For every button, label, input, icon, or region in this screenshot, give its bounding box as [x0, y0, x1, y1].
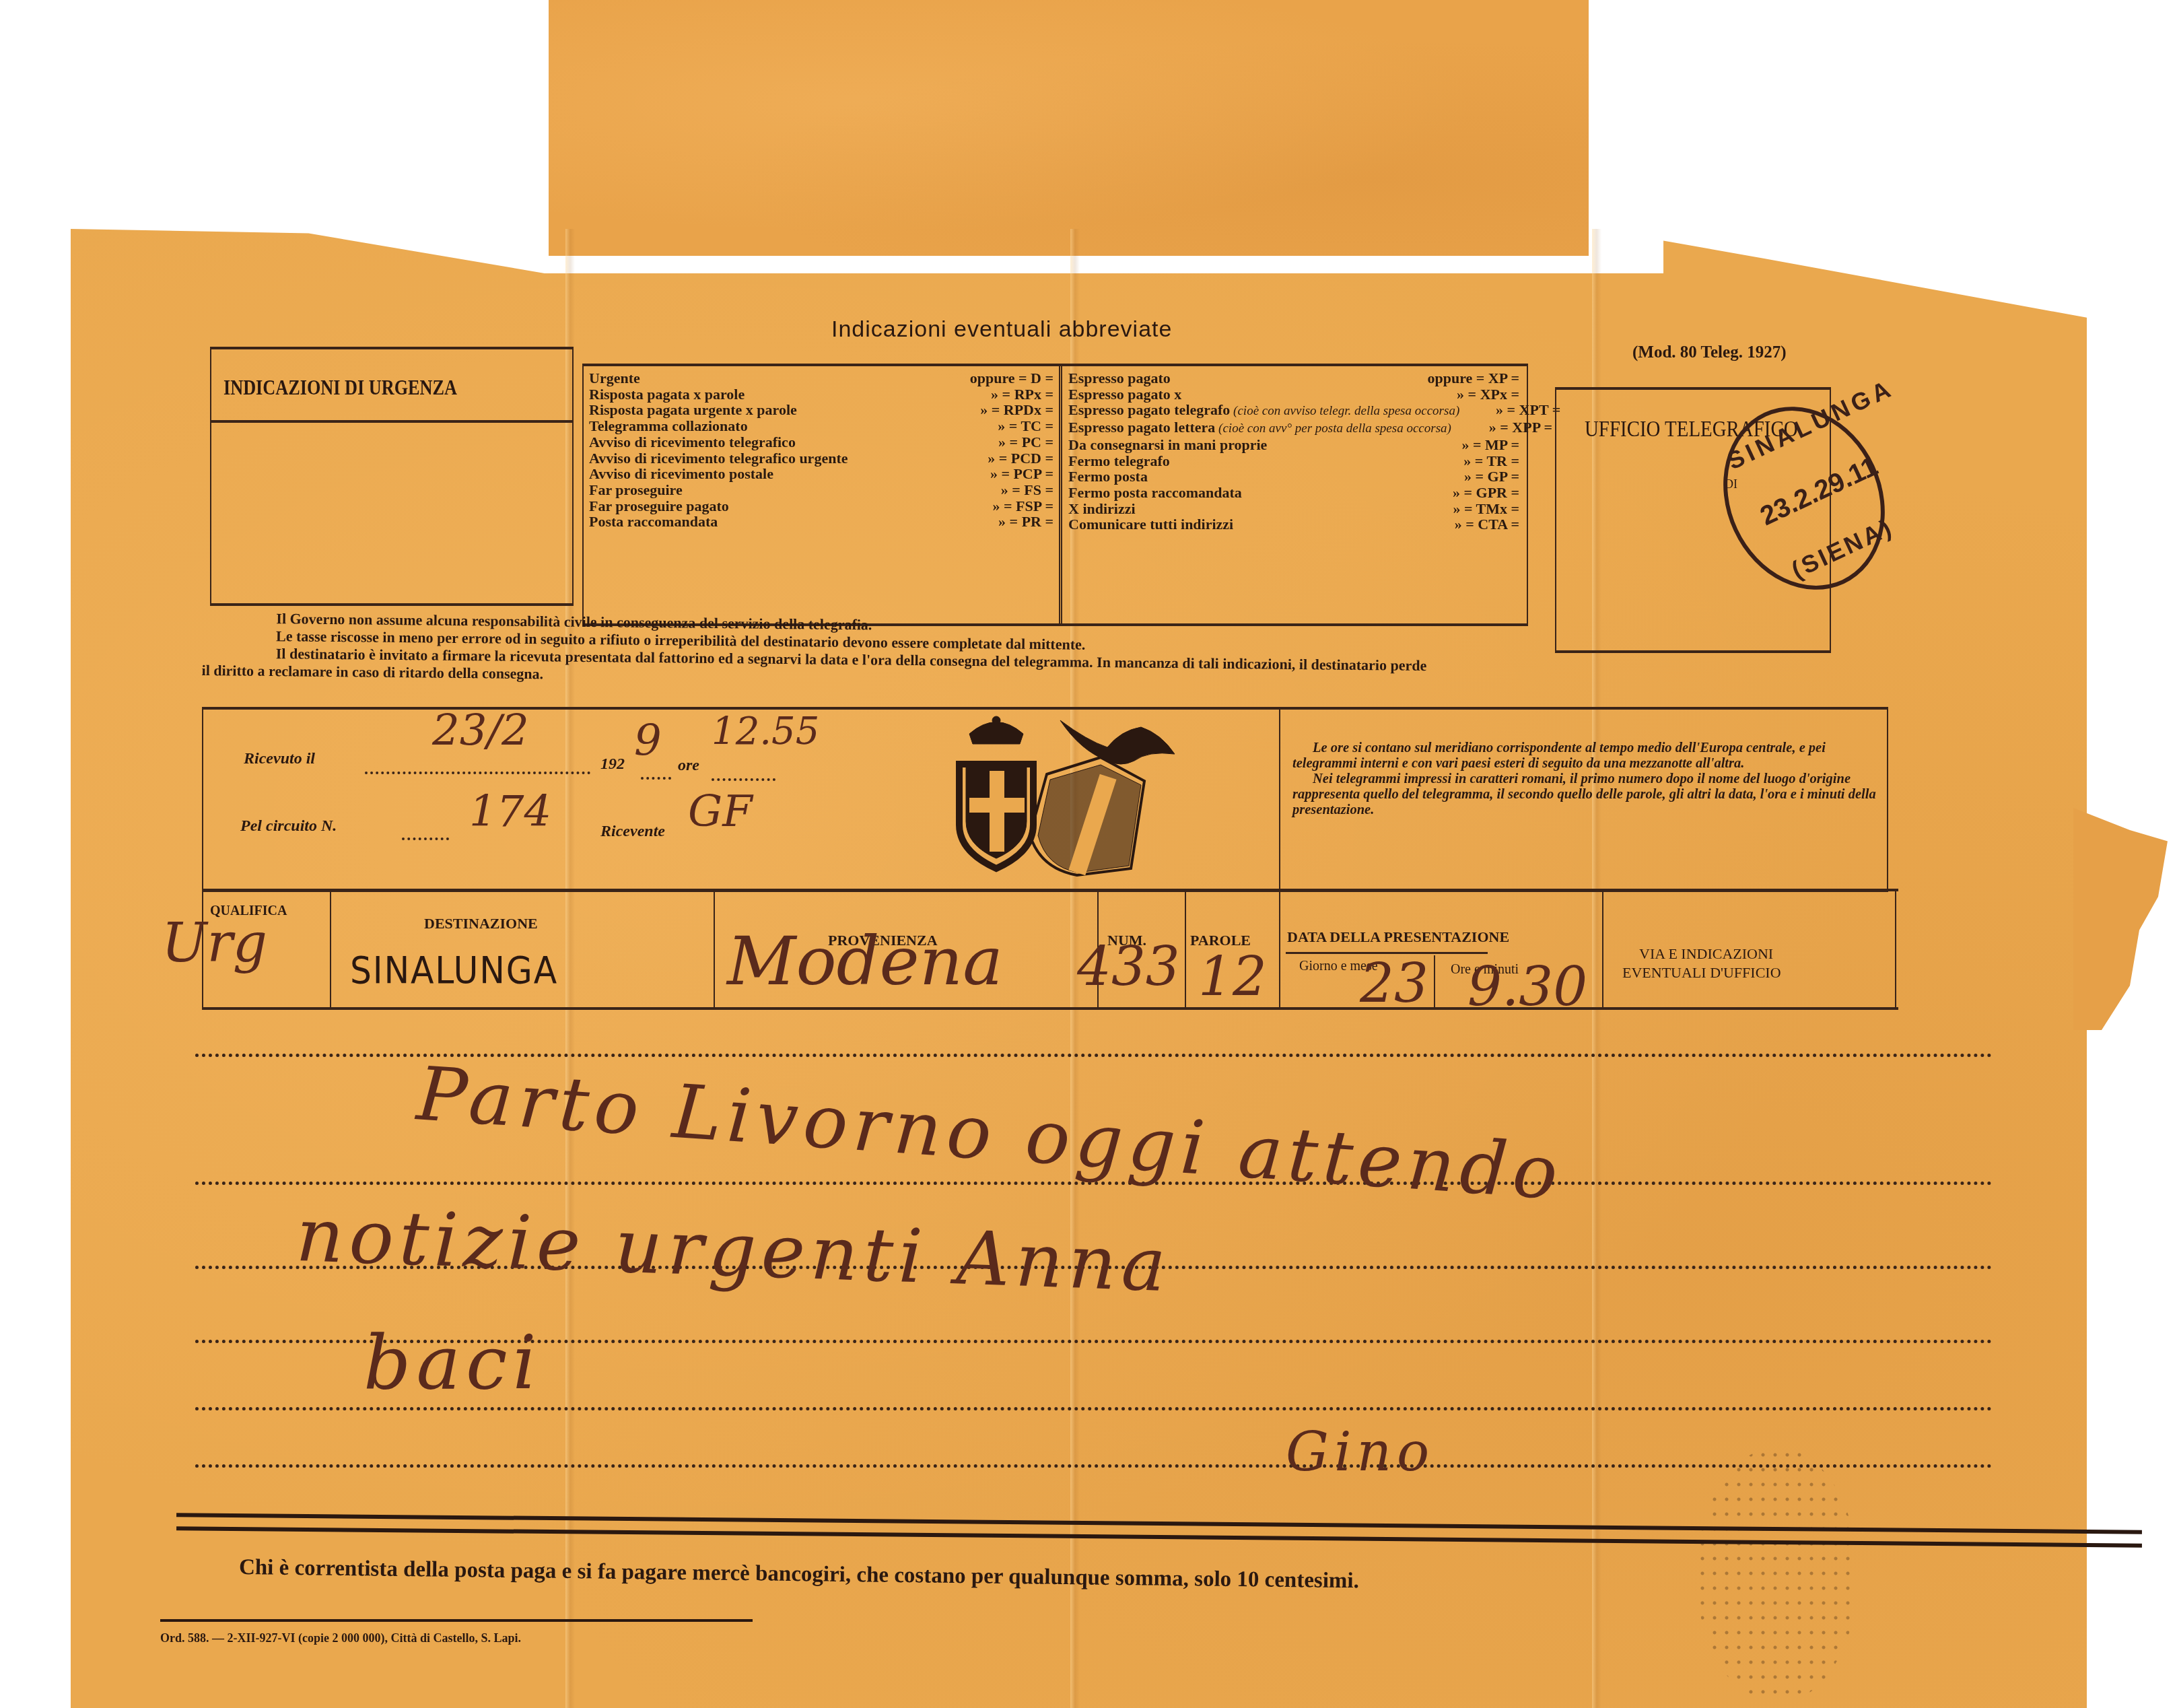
hour-label: ore: [678, 757, 699, 775]
abbreviation-row: Da consegnarsi in mani proprie» = MP =: [1068, 437, 1519, 453]
abbreviation-code: » = FSP =: [953, 498, 1053, 514]
abbreviation-column-left: Urgenteoppure = D =Risposta pagata x par…: [589, 370, 1053, 530]
abbreviation-code: oppure = XP =: [1418, 370, 1519, 386]
abbreviation-code: » = XPx =: [1418, 386, 1519, 403]
hours-note-paragraph: Nei telegrammi impressi in caratteri rom…: [1292, 772, 1878, 818]
abbreviation-code: » = TC =: [953, 418, 1053, 434]
abbreviation-row: Far proseguire pagato» = FSP =: [589, 498, 1053, 514]
year-value: 9: [634, 716, 662, 766]
via-label: VIA E INDICAZIONI: [1639, 945, 1773, 963]
divider: [1434, 955, 1435, 1007]
divider: [1602, 891, 1603, 1007]
abbreviation-row: Fermo telegrafo» = TR =: [1068, 453, 1519, 469]
destinazione-value: SINALUNGA: [350, 949, 558, 992]
coat-of-arms-emblem: [939, 707, 1188, 882]
abbreviation-row: Espresso pagatooppure = XP =: [1068, 370, 1519, 386]
abbreviation-code: » = GPR =: [1418, 485, 1519, 501]
abbreviation-row: Urgenteoppure = D =: [589, 370, 1053, 386]
telegram-header-row: QUALIFICA Urg DESTINAZIONE SINALUNGA PRO…: [202, 889, 1898, 1010]
envelope-top-flap: [549, 0, 1589, 256]
abbreviation-row: Fermo posta» = GP =: [1068, 469, 1519, 485]
faded-postmark: [1696, 1447, 1858, 1703]
abbreviation-label: X indirizzi: [1068, 501, 1136, 517]
circuit-value: 174: [469, 787, 551, 837]
provenienza-value: Modena: [727, 922, 1003, 1000]
divider: [1059, 366, 1062, 623]
abbreviation-row: Espresso pagato lettera (cioè con avv° p…: [1068, 419, 1519, 437]
abbreviation-label: Risposta pagata urgente x parole: [589, 402, 797, 418]
via-label-2: EVENTUALI D'UFFICIO: [1622, 964, 1781, 982]
parole-value: 12: [1198, 945, 1267, 1008]
abbreviation-code: » = PC =: [953, 434, 1053, 450]
abbreviation-label: Fermo posta: [1068, 469, 1148, 485]
torn-edge: [2073, 808, 2168, 1030]
abbreviation-code: » = MP =: [1418, 437, 1519, 453]
abbreviation-label: Fermo posta raccomandata: [1068, 485, 1242, 501]
abbreviation-row: Telegramma collazionato» = TC =: [589, 418, 1053, 434]
divider: [1279, 710, 1280, 889]
abbreviation-label: Avviso di ricevimento postale: [589, 466, 773, 482]
dotted-line: [365, 772, 590, 774]
abbreviation-label: Urgente: [589, 370, 640, 386]
divider: [1279, 891, 1280, 1007]
abbreviation-row: Avviso di ricevimento telegrafico urgent…: [589, 450, 1053, 467]
abbreviation-code: » = XPP =: [1451, 419, 1552, 437]
divider: [714, 891, 715, 1007]
dotted-line: [712, 778, 775, 781]
message-dotted-line: [195, 1407, 1993, 1410]
abbreviation-label: Avviso di ricevimento telegrafico urgent…: [589, 450, 848, 467]
abbreviation-code: oppure = D =: [953, 370, 1053, 386]
form-model-number: (Mod. 80 Teleg. 1927): [1632, 343, 1786, 362]
abbreviation-label: Espresso pagato lettera (cioè con avv° p…: [1068, 419, 1451, 437]
urgency-box: INDICAZIONI DI URGENZA: [210, 347, 574, 606]
abbreviation-note: (cioè con avviso telegr. della spesa occ…: [1230, 404, 1459, 418]
abbreviation-code: » = PCP =: [953, 466, 1053, 482]
hour-value: 12.55: [712, 710, 819, 753]
dotted-line: [641, 777, 671, 780]
abbreviation-row: Risposta pagata x parole» = RPx =: [589, 386, 1053, 403]
abbreviation-row: Espresso pagato x» = XPx =: [1068, 386, 1519, 403]
abbreviation-label: Far proseguire pagato: [589, 498, 729, 514]
abbreviation-code: » = RPDx =: [953, 402, 1053, 418]
divider: [330, 891, 331, 1007]
postmark-date: 23.2.29.11: [1756, 451, 1882, 532]
abbreviation-code: » = TR =: [1418, 453, 1519, 469]
abbreviation-row: Far proseguire» = FS =: [589, 482, 1053, 498]
hours-note-paragraph: Le ore si contano sul meridiano corrispo…: [1292, 741, 1878, 772]
num-value: 433: [1077, 935, 1180, 998]
abbreviation-column-right: Espresso pagatooppure = XP =Espresso pag…: [1068, 370, 1519, 533]
abbreviation-label: Da consegnarsi in mani proprie: [1068, 437, 1267, 453]
abbreviation-label: Espresso pagato: [1068, 370, 1171, 386]
message-dotted-line: [195, 1464, 1993, 1468]
abbreviation-row: Espresso pagato telegrafo (cioè con avvi…: [1068, 402, 1519, 419]
abbreviation-label: Far proseguire: [589, 482, 683, 498]
abbreviation-code: » = PR =: [953, 514, 1053, 530]
abbreviation-row: X indirizzi» = TMx =: [1068, 501, 1519, 517]
abbreviation-note: (cioè con avv° per posta della spesa occ…: [1215, 421, 1451, 436]
abbreviation-label: Espresso pagato telegrafo (cioè con avvi…: [1068, 402, 1459, 419]
abbreviation-code: » = PCD =: [953, 450, 1053, 467]
abbreviation-row: Avviso di ricevimento telegrafico» = PC …: [589, 434, 1053, 450]
abbreviation-code: » = TMx =: [1418, 501, 1519, 517]
abbreviation-label: Comunicare tutti indirizzi: [1068, 516, 1233, 533]
abbreviation-row: Risposta pagata urgente x parole» = RPDx…: [589, 402, 1053, 418]
divider: [160, 1619, 753, 1622]
printer-imprint: Ord. 588. — 2-XII-927-VI (copie 2 000 00…: [160, 1631, 521, 1645]
destinazione-label: DESTINAZIONE: [424, 915, 538, 932]
received-label: Ricevuto il: [244, 750, 315, 768]
ore-value: 9.30: [1467, 955, 1587, 1018]
abbreviation-label: Espresso pagato x: [1068, 386, 1181, 403]
year-label: 192: [600, 755, 625, 774]
giorno-value: 23: [1360, 952, 1428, 1015]
abbreviation-table: Urgenteoppure = D =Risposta pagata x par…: [582, 364, 1528, 626]
divider: [211, 420, 572, 423]
abbreviation-label: Avviso di ricevimento telegrafico: [589, 434, 796, 450]
abbreviation-code: » = CTA =: [1418, 516, 1519, 533]
abbreviation-code: » = RPx =: [953, 386, 1053, 403]
abbreviation-code: » = GP =: [1418, 469, 1519, 485]
abbreviation-label: Telegramma collazionato: [589, 418, 748, 434]
form-heading: Indicazioni eventuali abbreviate: [831, 316, 1172, 343]
signature: Gino: [1286, 1421, 1435, 1483]
abbreviation-row: Posta raccomandata» = PR =: [589, 514, 1053, 530]
hours-note: Le ore si contano sul meridiano corrispo…: [1292, 741, 1878, 818]
circuit-label: Pel circuito N.: [240, 817, 337, 835]
abbreviation-row: Avviso di ricevimento postale» = PCP =: [589, 466, 1053, 482]
divider: [1895, 891, 1896, 1007]
divider: [1185, 891, 1186, 1007]
abbreviation-row: Comunicare tutti indirizzi» = CTA =: [1068, 516, 1519, 533]
data-presentazione-label: DATA DELLA PRESENTAZIONE: [1287, 928, 1509, 946]
abbreviation-code: » = FS =: [953, 482, 1053, 498]
urgency-title: INDICAZIONI DI URGENZA: [223, 375, 457, 400]
legal-notices: Il Governo non assume alcuna responsabil…: [201, 609, 1427, 692]
receiver-value: GF: [688, 787, 753, 837]
abbreviation-label: Posta raccomandata: [589, 514, 718, 530]
receiver-label: Ricevente: [600, 823, 665, 841]
received-date-value: 23/2: [432, 706, 529, 756]
abbreviation-label: Risposta pagata x parole: [589, 386, 745, 403]
message-line: baci: [364, 1320, 542, 1406]
abbreviation-label: Fermo telegrafo: [1068, 453, 1170, 469]
dotted-line: [402, 838, 449, 840]
abbreviation-code: » = XPT =: [1459, 402, 1560, 419]
abbreviation-row: Fermo posta raccomandata» = GPR =: [1068, 485, 1519, 501]
qualifica-value: Urg: [162, 912, 267, 974]
